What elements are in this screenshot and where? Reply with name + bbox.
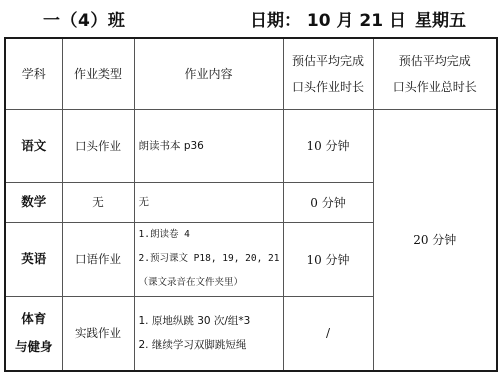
homework-table: 学科 作业类型 作业内容 预估平均完成 口头作业时长 预估平均完成 口头作业总时… bbox=[4, 37, 498, 372]
type-cell: 口语作业 bbox=[62, 222, 134, 296]
column-header-subject: 学科 bbox=[5, 38, 62, 109]
type-cell: 实践作业 bbox=[62, 296, 134, 371]
content-cell: 1. 原地纵跳 30 次/组*3 2. 继续学习双脚跳短绳 bbox=[134, 296, 283, 371]
column-header-type: 作业类型 bbox=[62, 38, 134, 109]
column-header-total-time: 预估平均完成 口头作业总时长 bbox=[373, 38, 497, 109]
total-time-header-line1: 预估平均完成 bbox=[374, 48, 497, 74]
avg-time-cell: 10 分钟 bbox=[283, 109, 373, 182]
avg-time-cell: / bbox=[283, 296, 373, 371]
content-cell: 1.朗读卷 4 2.预习课文 P18, 19, 20, 21 （课文录音在文件夹… bbox=[134, 222, 283, 296]
content-line: 1. 原地纵跳 30 次/组*3 bbox=[139, 309, 283, 333]
total-time-value: 20 分钟 bbox=[413, 233, 456, 247]
subject-cell: 数学 bbox=[5, 182, 62, 222]
column-header-content: 作业内容 bbox=[134, 38, 283, 109]
content-line: 无 bbox=[139, 190, 283, 214]
subject-cell: 英语 bbox=[5, 222, 62, 296]
date-label: 日期： 10 月 21 日 bbox=[250, 6, 406, 31]
header-row: 学科 作业类型 作业内容 预估平均完成 口头作业时长 预估平均完成 口头作业总时… bbox=[5, 38, 497, 109]
table-row-chinese: 语文 口头作业 朗读书本 p36 10 分钟 20 分钟 bbox=[5, 109, 497, 182]
weekday-label: 星期五 bbox=[415, 6, 466, 31]
type-cell: 口头作业 bbox=[62, 109, 134, 182]
content-line: （课文录音在文件夹里） bbox=[139, 271, 283, 295]
subject-cell: 语文 bbox=[5, 109, 62, 182]
avg-time-cell: 0 分钟 bbox=[283, 182, 373, 222]
content-cell: 无 bbox=[134, 182, 283, 222]
content-line: 2. 继续学习双脚跳短绳 bbox=[139, 333, 283, 357]
avg-time-cell: 10 分钟 bbox=[283, 222, 373, 296]
subject-line2: 与健身 bbox=[6, 333, 62, 361]
total-time-cell: 20 分钟 bbox=[373, 109, 497, 371]
content-line: 朗读书本 p36 bbox=[139, 134, 283, 158]
avg-time-header-line2: 口头作业时长 bbox=[284, 74, 373, 100]
avg-time-header-line1: 预估平均完成 bbox=[284, 48, 373, 74]
content-cell: 朗读书本 p36 bbox=[134, 109, 283, 182]
subject-cell: 体育 与健身 bbox=[5, 296, 62, 371]
column-header-avg-time: 预估平均完成 口头作业时长 bbox=[283, 38, 373, 109]
subject-line1: 体育 bbox=[6, 305, 62, 333]
content-line: 1.朗读卷 4 bbox=[139, 223, 283, 247]
total-time-header-line2: 口头作业总时长 bbox=[374, 74, 497, 100]
type-cell: 无 bbox=[62, 182, 134, 222]
class-name: 一（4）班 bbox=[43, 6, 125, 31]
content-line: 2.预习课文 P18, 19, 20, 21 bbox=[139, 247, 283, 271]
